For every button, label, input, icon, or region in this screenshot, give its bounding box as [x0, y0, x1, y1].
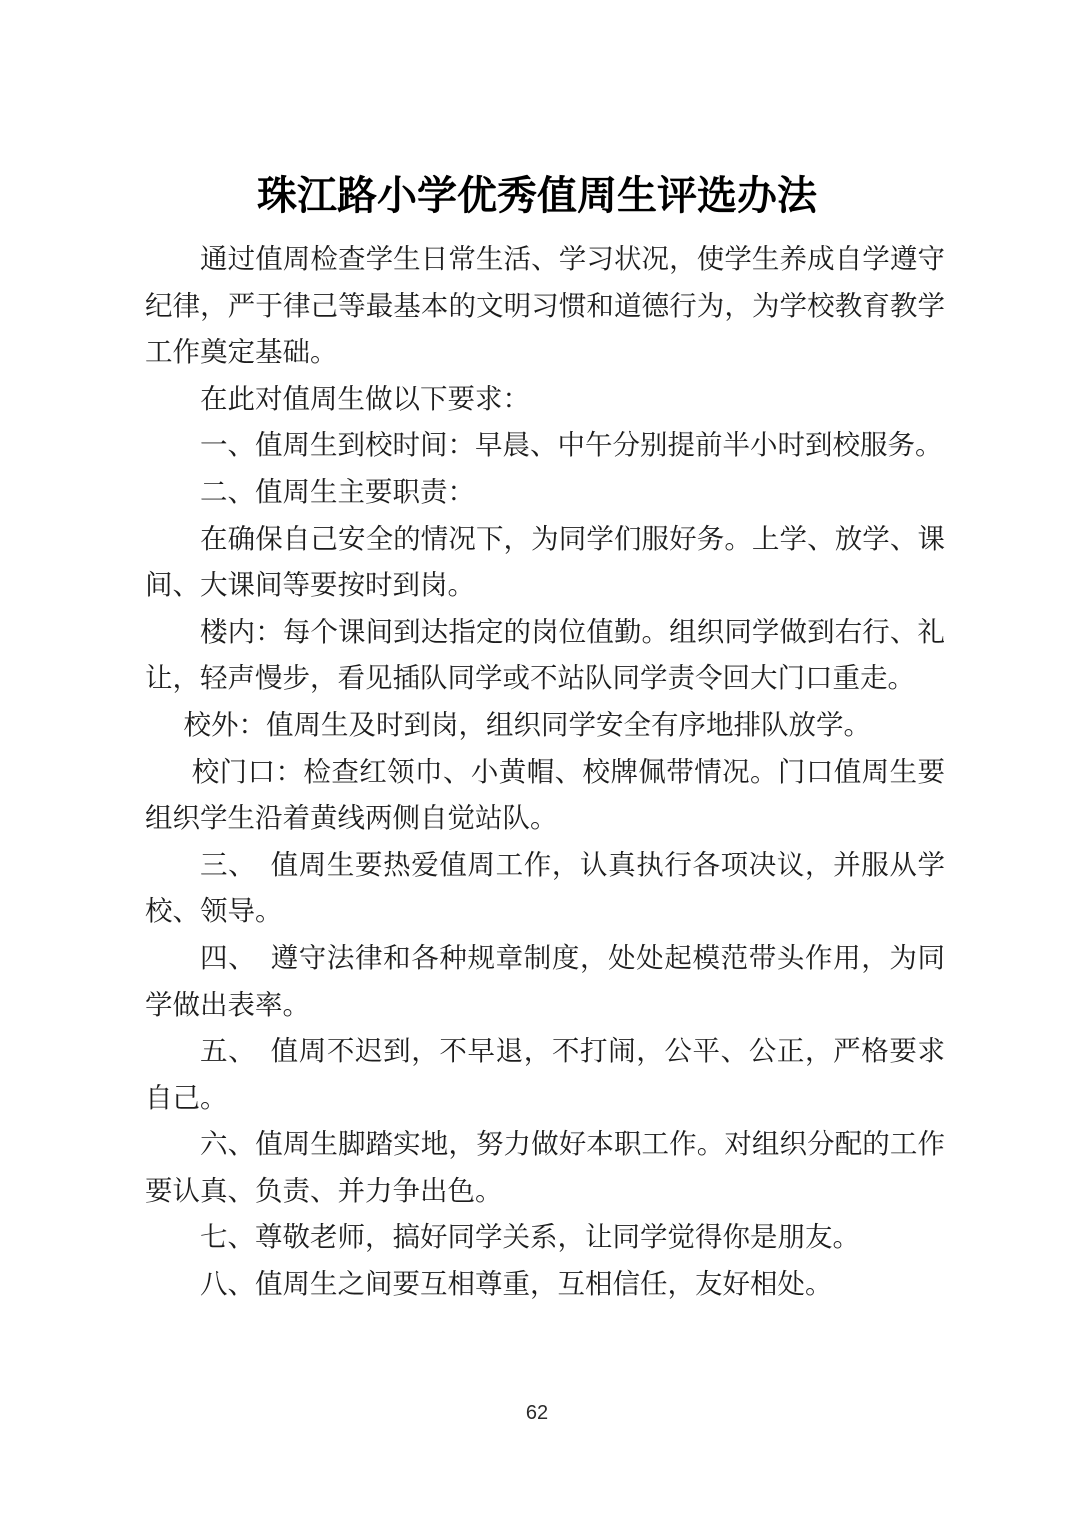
- paragraph-item-5: 五、 值周不迟到，不早退，不打闹，公平、公正，严格要求自己。: [145, 1028, 945, 1121]
- paragraph-requirements: 在此对值周生做以下要求：: [145, 376, 945, 423]
- document-body: 通过值周检查学生日常生活、学习状况，使学生养成自学遵守纪律，严于律己等最基本的文…: [145, 236, 945, 1308]
- paragraph-item-8: 八、值周生之间要互相尊重，互相信任，友好相处。: [145, 1261, 945, 1308]
- paragraph-duty-gate: 校门口：检查红领巾、小黄帽、校牌佩带情况。门口值周生要组织学生沿着黄线两侧自觉站…: [145, 749, 945, 842]
- document-page: 珠江路小学优秀值周生评选办法 通过值周检查学生日常生活、学习状况，使学生养成自学…: [0, 0, 1074, 1520]
- paragraph-duty-outdoor: 校外：值周生及时到岗，组织同学安全有序地排队放学。: [145, 702, 945, 749]
- paragraph-item-4: 四、 遵守法律和各种规章制度，处处起模范带头作用，为同学做出表率。: [145, 935, 945, 1028]
- paragraph-item-2: 二、值周生主要职责：: [145, 469, 945, 516]
- paragraph-item-6: 六、值周生脚踏实地，努力做好本职工作。对组织分配的工作要认真、负责、并力争出色。: [145, 1121, 945, 1214]
- paragraph-duty-general: 在确保自己安全的情况下，为同学们服好务。上学、放学、课间、大课间等要按时到岗。: [145, 516, 945, 609]
- paragraph-item-3: 三、 值周生要热爱值周工作，认真执行各项决议，并服从学校、领导。: [145, 842, 945, 935]
- document-title: 珠江路小学优秀值周生评选办法: [0, 170, 1074, 222]
- paragraph-intro: 通过值周检查学生日常生活、学习状况，使学生养成自学遵守纪律，严于律己等最基本的文…: [145, 236, 945, 376]
- paragraph-duty-indoor: 楼内：每个课间到达指定的岗位值勤。组织同学做到右行、礼让，轻声慢步，看见插队同学…: [145, 609, 945, 702]
- paragraph-item-7: 七、尊敬老师，搞好同学关系，让同学觉得你是朋友。: [145, 1214, 945, 1261]
- page-number: 62: [0, 1400, 1074, 1426]
- paragraph-item-1: 一、值周生到校时间：早晨、中午分别提前半小时到校服务。: [145, 422, 945, 469]
